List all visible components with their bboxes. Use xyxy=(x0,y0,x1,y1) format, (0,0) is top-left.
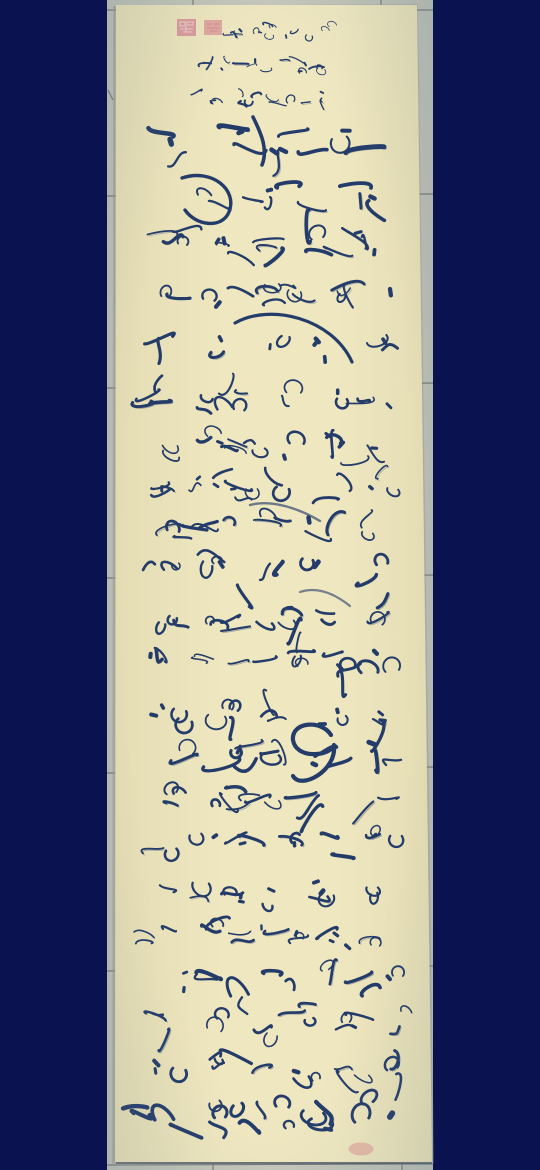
calligraphy-photo-canvas: 沁園春雪 北国风光，千里冰封，万里雪飘。望长城内外，惟余莽莽；大河上下，顿失滔滔… xyxy=(0,0,540,1170)
screenshot-frame: 沁園春雪 北国风光，千里冰封，万里雪飘。望长城内外，惟余莽莽；大河上下，顿失滔滔… xyxy=(0,0,540,1170)
photo-vignette xyxy=(107,0,433,1170)
photo: 沁園春雪 北国风光，千里冰封，万里雪飘。望长城内外，惟余莽莽；大河上下，顿失滔滔… xyxy=(107,0,434,1170)
